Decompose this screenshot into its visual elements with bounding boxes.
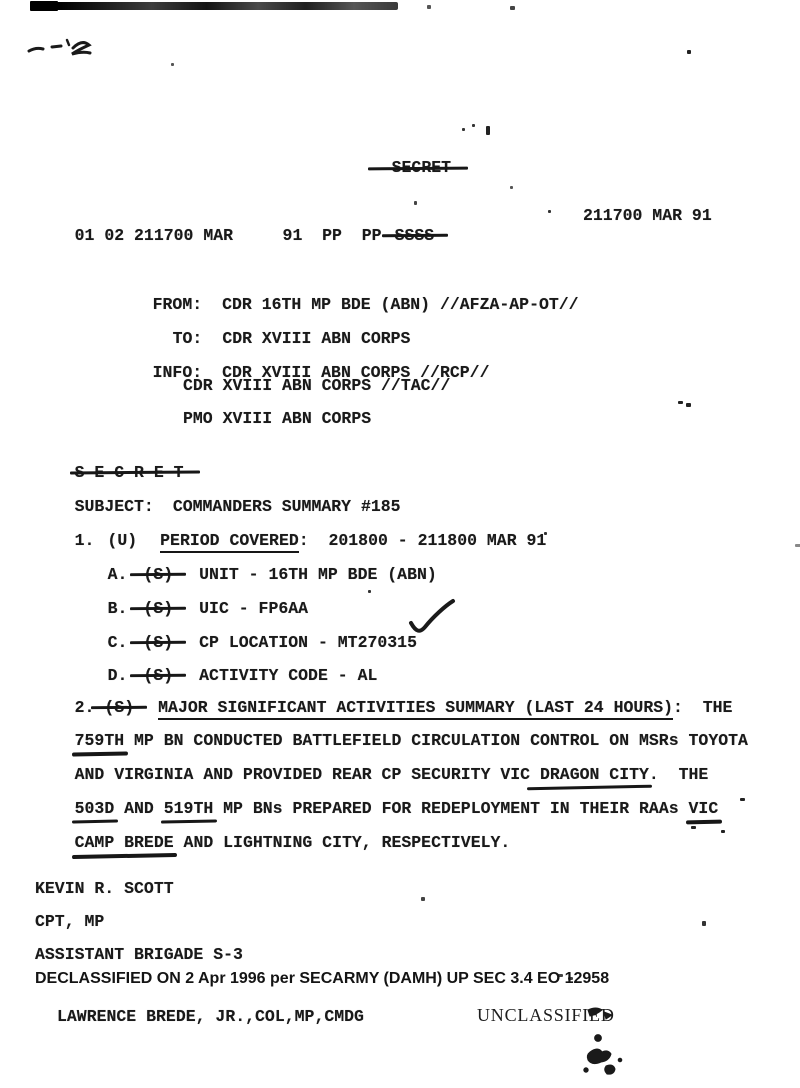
scan-speck — [721, 830, 725, 833]
scan-speck — [421, 897, 425, 901]
scan-speck — [414, 201, 417, 205]
ink-smudge — [570, 1004, 630, 1086]
message-header-line: 01 02 211700 MAR 91 PP PPSSSS — [35, 206, 434, 266]
scanned-document-page: SECRET 01 02 211700 MAR 91 PP PPSSSS 211… — [0, 0, 800, 1088]
scan-speck — [427, 5, 431, 9]
scan-speck — [171, 63, 174, 66]
info-value: PMO XVIII ABN CORPS — [183, 409, 371, 429]
scan-speck — [472, 124, 475, 127]
signature-title: ASSISTANT BRIGADE S-3 — [35, 945, 243, 965]
scan-speck — [687, 50, 691, 54]
handwritten-checkmark-icon — [408, 598, 456, 638]
scan-speck — [486, 126, 490, 135]
declassified-note: DECLASSIFIED ON 2 Apr 1996 per SECARMY (… — [35, 969, 609, 989]
underlined-vic: VIC — [689, 799, 719, 819]
signature-rank: CPT, MP — [35, 912, 104, 932]
info-value: CDR XVIII ABN CORPS //TAC// — [183, 376, 450, 396]
scan-speck — [678, 401, 683, 404]
para2-line5: CAMP BREDE AND LIGHTNING CITY, RESPECTIV… — [35, 813, 510, 873]
struck-secret: SECRET — [392, 158, 451, 178]
scan-speck — [548, 210, 551, 213]
scan-speck — [510, 186, 513, 189]
scan-speck — [740, 798, 745, 801]
scan-speck — [462, 128, 465, 131]
header-left: 01 02 211700 MAR 91 PP PP — [75, 226, 382, 245]
body-text: AND LIGHTNING CITY, RESPECTIVELY. — [174, 833, 511, 852]
scan-speck — [795, 544, 800, 547]
underlined-location: CAMP BREDE — [75, 833, 174, 853]
commander-line: LAWRENCE BREDE, JR.,COL,MP,CMDG — [57, 1007, 364, 1027]
scan-edge-band — [30, 2, 398, 10]
classification-top: SECRET — [352, 138, 451, 198]
scan-speck — [510, 6, 515, 10]
scan-blob — [30, 1, 58, 11]
signature-name: KEVIN R. SCOTT — [35, 879, 174, 899]
scan-speck — [686, 403, 691, 407]
struck-routing-code: SSSS — [395, 226, 435, 246]
scan-speck — [702, 921, 706, 926]
header-dtg: 211700 MAR 91 — [583, 206, 712, 226]
handwritten-scribble — [26, 36, 100, 62]
